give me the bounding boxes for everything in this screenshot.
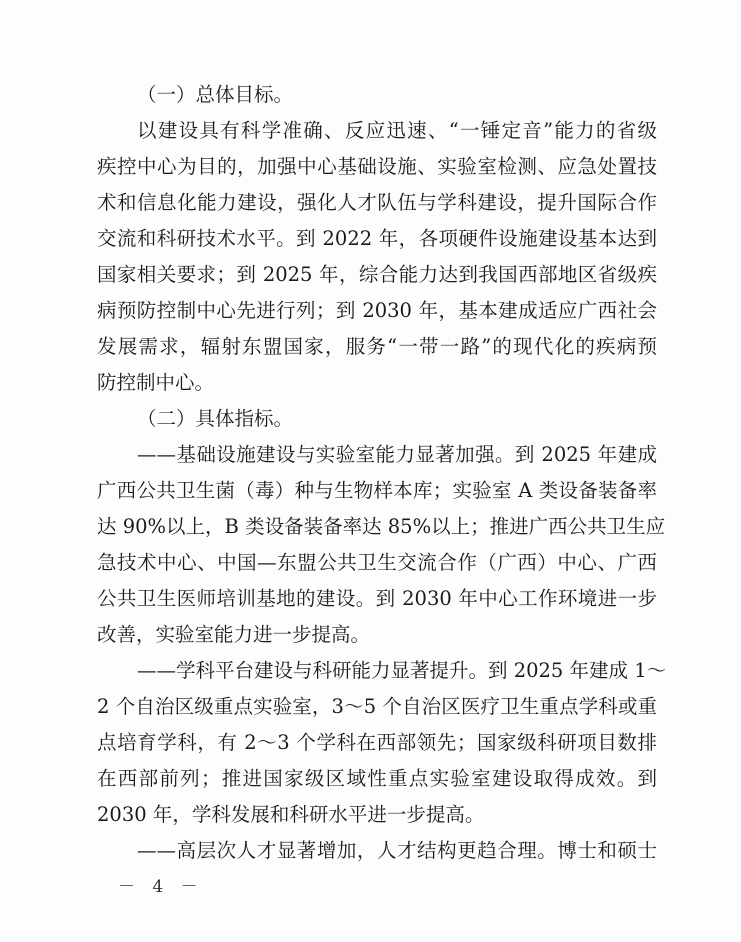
paragraph-talent: ——高层次人才显著增加，人才结构更趋合理。博士和硕士 xyxy=(97,833,657,869)
text-line: 防控制中心。 xyxy=(97,365,657,401)
text-line: 病预防控制中心先进行列；到 2030 年，基本建成适应广西社会 xyxy=(97,293,657,329)
paragraph-discipline-research: ——学科平台建设与科研能力显著提升。到 2025 年建成 1～ 2 个自治区级重… xyxy=(97,653,657,833)
text-line: 2030 年，学科发展和科研水平进一步提高。 xyxy=(97,797,657,833)
text-line: ——基础设施建设与实验室能力显著加强。到 2025 年建成 xyxy=(97,437,657,473)
text-line: ——学科平台建设与科研能力显著提升。到 2025 年建成 1～ xyxy=(97,653,657,689)
section-heading-overall-goal: （一）总体目标。 xyxy=(97,77,657,113)
paragraph-overall-goal: 以建设具有科学准确、反应迅速、“一锤定音”能力的省级 疾控中心为目的，加强中心基… xyxy=(97,113,657,401)
text-line: 术和信息化能力建设，强化人才队伍与学科建设，提升国际合作 xyxy=(97,185,657,221)
text-line: 改善，实验室能力进一步提高。 xyxy=(97,617,657,653)
text-line: 国家相关要求；到 2025 年，综合能力达到我国西部地区省级疾 xyxy=(97,257,657,293)
text-line: 2 个自治区级重点实验室，3～5 个自治区医疗卫生重点学科或重 xyxy=(97,689,657,725)
document-page: （一）总体目标。 以建设具有科学准确、反应迅速、“一锤定音”能力的省级 疾控中心… xyxy=(0,0,741,942)
text-line: 在西部前列；推进国家级区域性重点实验室建设取得成效。到 xyxy=(97,761,657,797)
text-line: 达 90%以上，B 类设备装备率达 85%以上；推进广西公共卫生应 xyxy=(97,509,657,545)
page-number: － 4 － xyxy=(118,872,204,897)
paragraph-infrastructure: ——基础设施建设与实验室能力显著加强。到 2025 年建成 广西公共卫生菌（毒）… xyxy=(97,437,657,653)
text-line: 点培育学科，有 2～3 个学科在西部领先；国家级科研项目数排 xyxy=(97,725,657,761)
text-line: 交流和科研技术水平。到 2022 年，各项硬件设施建设基本达到 xyxy=(97,221,657,257)
text-line: 疾控中心为目的，加强中心基础设施、实验室检测、应急处置技 xyxy=(97,149,657,185)
section-heading-specific-indicators: （二）具体指标。 xyxy=(97,401,657,437)
text-line: 公共卫生医师培训基地的建设。到 2030 年中心工作环境进一步 xyxy=(97,581,657,617)
text-line: 广西公共卫生菌（毒）种与生物样本库；实验室 A 类设备装备率 xyxy=(97,473,657,509)
text-line: 发展需求，辐射东盟国家，服务“一带一路”的现代化的疾病预 xyxy=(97,329,657,365)
text-line: 急技术中心、中国—东盟公共卫生交流合作（广西）中心、广西 xyxy=(97,545,657,581)
text-line: 以建设具有科学准确、反应迅速、“一锤定音”能力的省级 xyxy=(97,113,657,149)
document-body: （一）总体目标。 以建设具有科学准确、反应迅速、“一锤定音”能力的省级 疾控中心… xyxy=(97,77,657,869)
text-line: ——高层次人才显著增加，人才结构更趋合理。博士和硕士 xyxy=(97,833,657,869)
